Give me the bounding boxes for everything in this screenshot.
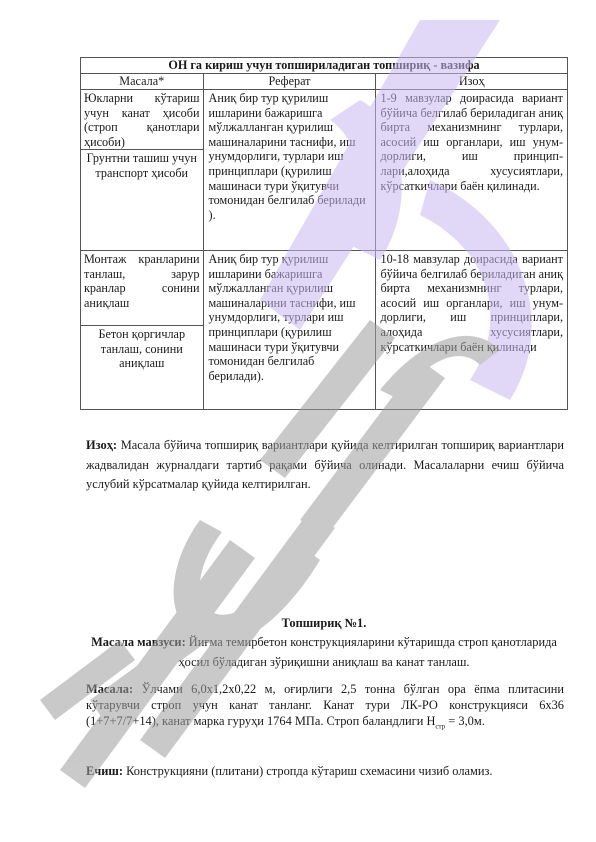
document-page: ОН га кириш учун топшириладиган топшириқ… xyxy=(0,0,596,842)
table-row: Монтаж кранларини танлаш, зарур кранлар … xyxy=(81,251,568,410)
task-subject: Масала мавзуси: Йиғма темирбетон констру… xyxy=(80,632,568,672)
problem-option-top: Монтаж кранларини танлаш, зарур кранлар … xyxy=(81,251,203,326)
note-label: Изоҳ: xyxy=(86,438,117,452)
problem-option-top: Юкларни кўтариш учун канат ҳисоби (строп… xyxy=(81,90,203,150)
report-cell: Аниқ бир тур қурилиш ишларини бажаришга … xyxy=(203,251,376,410)
problem-subscript: стр xyxy=(435,722,445,730)
task-title: Топшириқ №1. xyxy=(80,615,568,631)
column-header-report: Реферат xyxy=(203,74,376,90)
problem-option-bottom: Грунтни ташиш учун транспорт ҳисоби xyxy=(81,150,203,181)
note-text: Масала бўйича топшириқ вариантлари қуйид… xyxy=(86,438,564,491)
subject-text: Йиғма темирбетон конструкцияларини кўтар… xyxy=(178,635,556,669)
solution-text: Конструкцияни (плитани) стропда кўтариш … xyxy=(123,764,493,778)
note-paragraph: Изоҳ: Масала бўйича топшириқ вариантлари… xyxy=(86,436,564,495)
table-title: ОН га кириш учун топшириладиган топшириқ… xyxy=(81,58,568,74)
problem-text: Ўлчами 6,0х1,2х0,22 м, оғирлиги 2,5 тонн… xyxy=(86,682,564,728)
table-row: Юкларни кўтариш учун канат ҳисоби (строп… xyxy=(81,90,568,251)
note-cell: 10-18 мавзулар доирасида вариант бўйича … xyxy=(376,251,568,410)
solution-label: Ечиш: xyxy=(86,764,123,778)
problem-option-bottom: Бетон қоргичлар танлаш, сонини аниқлаш xyxy=(81,326,203,372)
problem-cell: Юкларни кўтариш учун канат ҳисоби (строп… xyxy=(81,90,204,251)
column-header-note: Изоҳ xyxy=(376,74,568,90)
column-header-problem: Масала* xyxy=(81,74,204,90)
note-cell: 1-9 мавзулар доирасида вариант бўйича бе… xyxy=(376,90,568,251)
problem-tail: = 3,0м. xyxy=(445,714,485,728)
assignment-table: ОН га кириш учун топшириладиган топшириқ… xyxy=(80,57,568,410)
problem-label: Масала: xyxy=(86,682,133,696)
solution-paragraph: Ечиш: Конструкцияни (плитани) стропда кў… xyxy=(86,763,564,779)
problem-cell: Монтаж кранларини танлаш, зарур кранлар … xyxy=(81,251,204,410)
problem-paragraph: Масала: Ўлчами 6,0х1,2х0,22 м, оғирлиги … xyxy=(86,681,564,734)
report-cell: Аниқ бир тур қурилиш ишларини бажаришга … xyxy=(203,90,376,251)
subject-label: Масала мавзуси: xyxy=(91,635,186,649)
